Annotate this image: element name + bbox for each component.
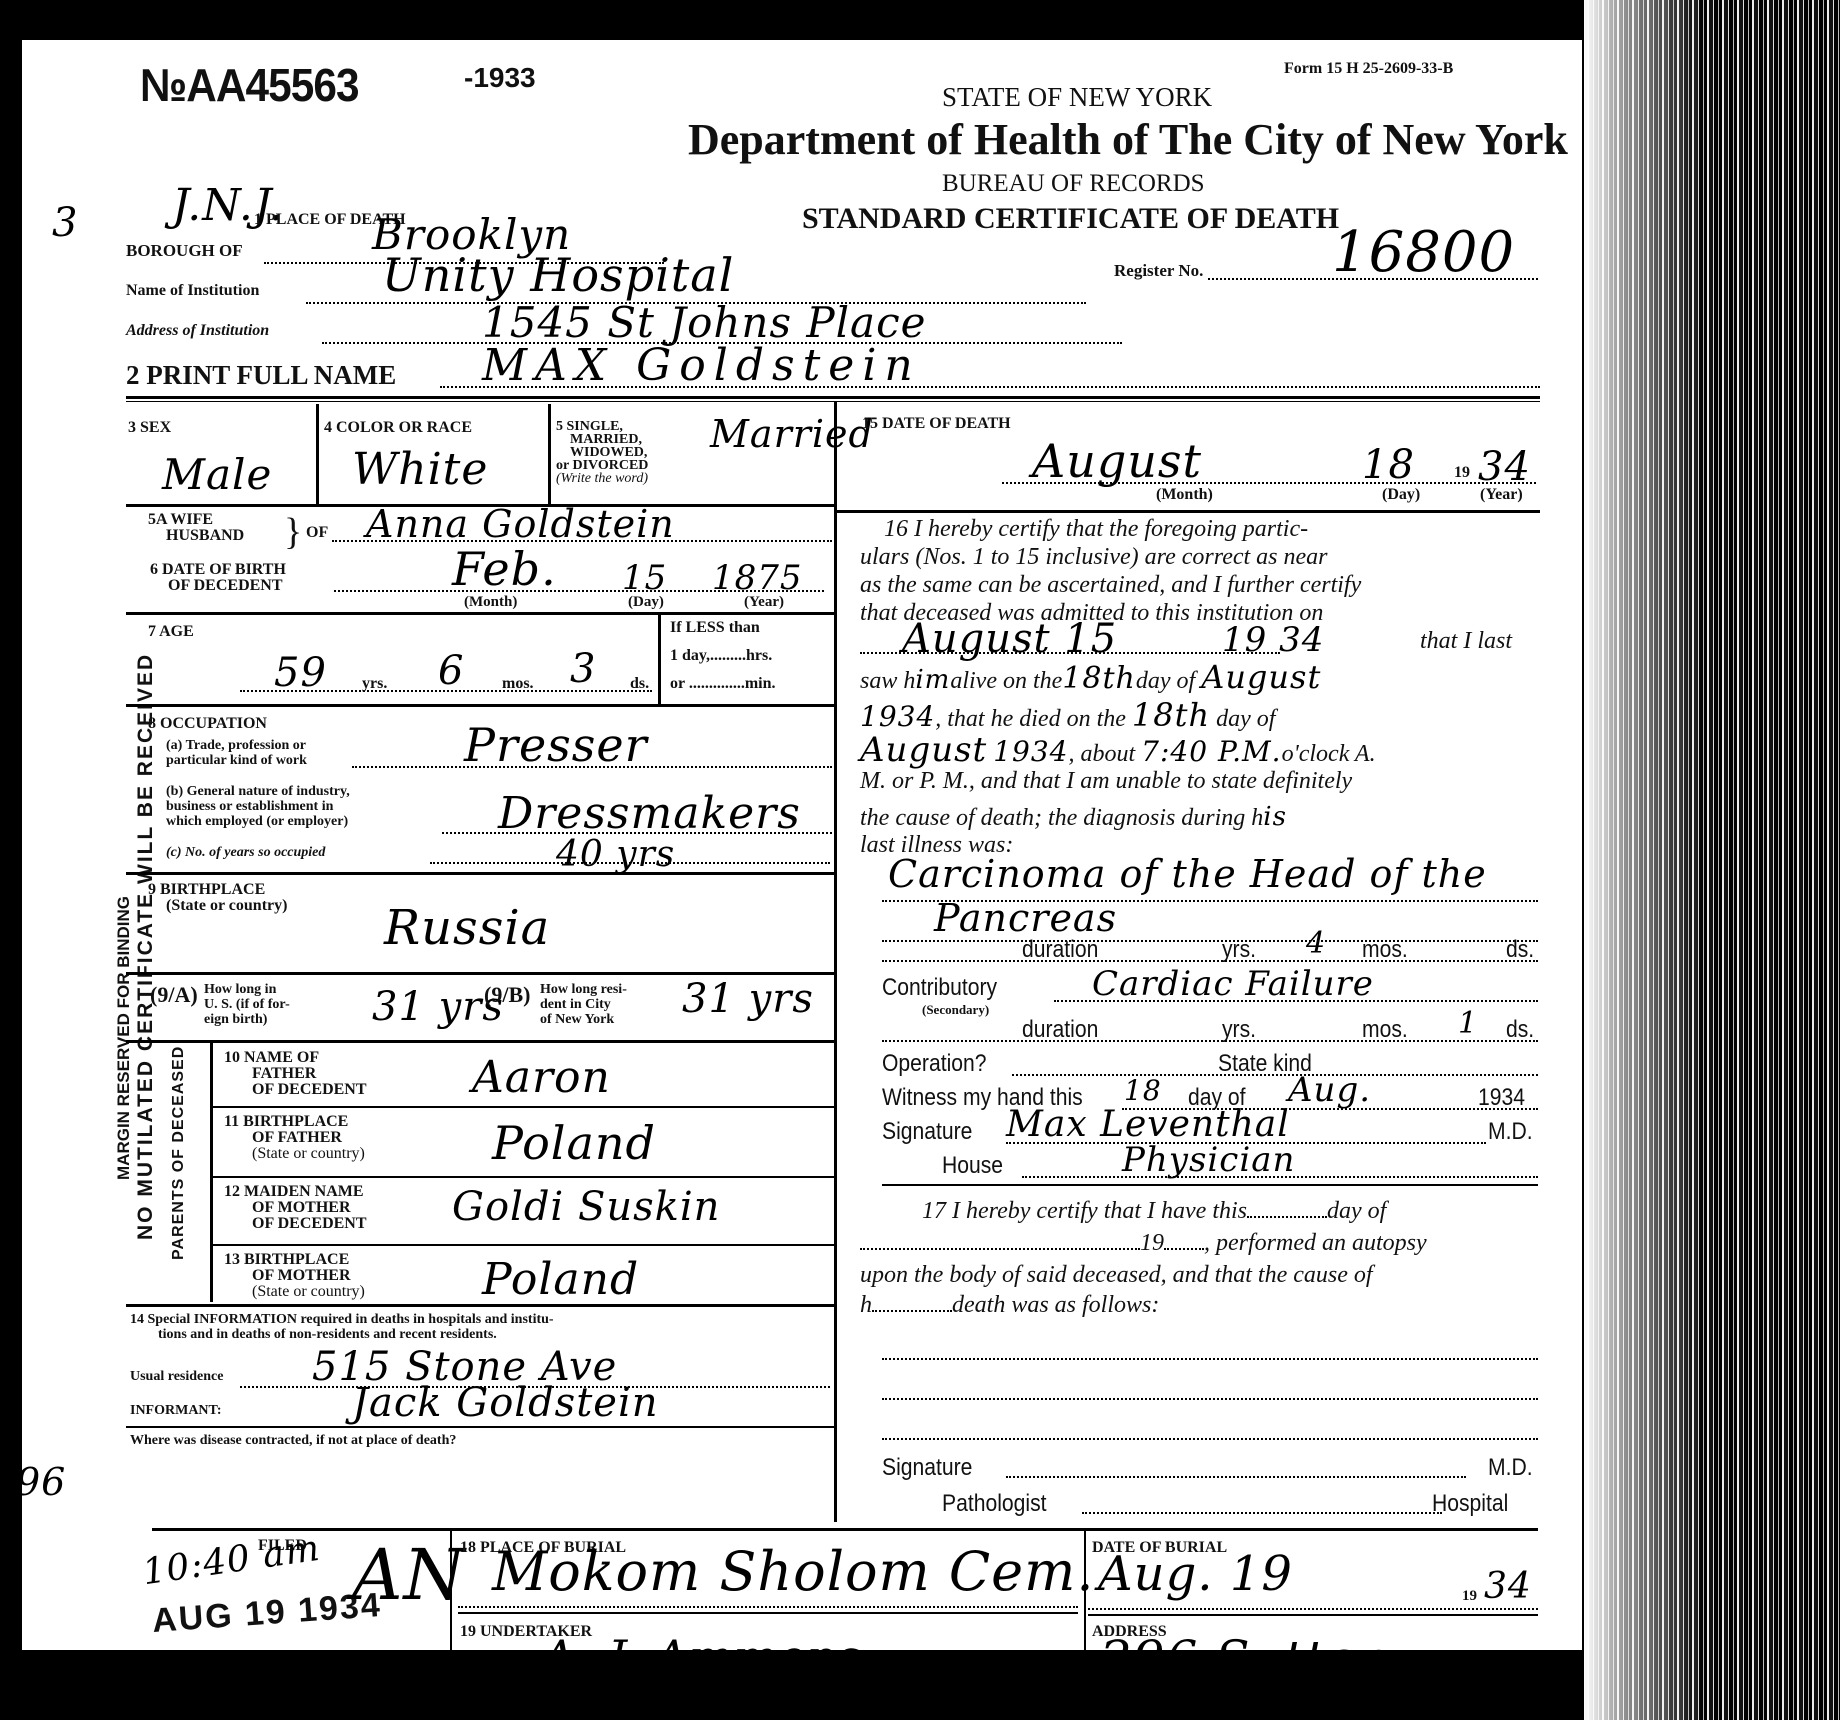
spouse-value: Anna Goldstein bbox=[366, 502, 675, 546]
dob-day: 15 bbox=[622, 558, 667, 598]
special-info-label: 14 Special INFORMATION required in death… bbox=[130, 1312, 554, 1342]
admitted-date: August 15 bbox=[902, 616, 1117, 662]
death-year: 34 bbox=[1478, 444, 1531, 490]
bureau-heading: BUREAU OF RECORDS bbox=[942, 170, 1205, 198]
register-label: Register No. bbox=[1114, 262, 1203, 279]
race-label: 4 COLOR OR RACE bbox=[324, 420, 472, 436]
spouse-label: 5A WIFEHUSBAND bbox=[148, 512, 244, 544]
father-name-value: Aaron bbox=[472, 1052, 611, 1103]
filed-initials: AN bbox=[352, 1534, 466, 1616]
marital-value: Married bbox=[710, 412, 874, 456]
certificate-number: №AA45563 bbox=[140, 58, 359, 112]
occupation-years-value: 40 yrs bbox=[556, 834, 675, 875]
died-month: August bbox=[860, 730, 987, 770]
dob-month: Feb. bbox=[452, 542, 557, 596]
department-heading: Department of Health of The City of New … bbox=[688, 114, 1568, 165]
occupation-industry-value: Dressmakers bbox=[498, 788, 801, 839]
borough-label: BOROUGH OF bbox=[126, 242, 243, 259]
mother-birthplace-label: 13 BIRTHPLACEOF MOTHER(State or country) bbox=[224, 1252, 365, 1300]
death-certificate-page: MARGIN RESERVED FOR BINDING NO MUTILATED… bbox=[22, 40, 1582, 1650]
physician-signature: Max Leventhal bbox=[1006, 1104, 1290, 1145]
burial-address-note2: Av bbox=[1402, 1670, 1439, 1703]
contributory-cause: Cardiac Failure bbox=[1092, 964, 1374, 1004]
years-in-nyc-value: 31 yrs bbox=[682, 976, 814, 1022]
less-than-day-label: If LESS than bbox=[670, 620, 760, 636]
sex-label: 3 SEX bbox=[128, 420, 171, 436]
date-of-death-label: 15 DATE OF DEATH bbox=[862, 416, 1011, 432]
mother-name-label: 12 MAIDEN NAMEOF MOTHEROF DECEDENT bbox=[224, 1184, 367, 1232]
secondary-duration-days: 1 bbox=[1458, 1006, 1478, 1041]
witness-day: 18 bbox=[1124, 1074, 1162, 1107]
certificate-title: STANDARD CERTIFICATE OF DEATH bbox=[802, 202, 1339, 236]
witness-month: Aug. bbox=[1288, 1070, 1371, 1110]
birthplace-value: Russia bbox=[384, 900, 550, 956]
informant-value: Jack Goldstein bbox=[352, 1380, 659, 1426]
filed-time: 10:40 am bbox=[140, 1528, 323, 1593]
mother-name-value: Goldi Suskin bbox=[452, 1184, 720, 1230]
age-label: 7 AGE bbox=[148, 624, 194, 640]
age-years: 59 bbox=[274, 650, 327, 696]
occupation-trade-value: Presser bbox=[464, 718, 648, 772]
filed-date-stamp: AUG 19 1934 bbox=[151, 1586, 383, 1641]
primary-diagnosis-line1: Carcinoma of the Head of the bbox=[888, 852, 1487, 896]
spouse-of-label: OF bbox=[306, 525, 328, 541]
binding-margin-text: MARGIN RESERVED FOR BINDING bbox=[114, 896, 134, 1180]
state-heading: STATE OF NEW YORK bbox=[942, 82, 1212, 113]
death-day: 18 bbox=[1362, 442, 1415, 488]
form-identifier: Form 15 H 25-2609-33-B bbox=[1284, 60, 1453, 78]
occupation-label: 8 OCCUPATION bbox=[148, 716, 267, 732]
burial-place-value: Mokom Sholom Cem. bbox=[492, 1540, 1094, 1603]
primary-duration-months: 4 bbox=[1306, 926, 1326, 961]
last-seen-day: 18th bbox=[1062, 661, 1136, 696]
register-number: 16800 bbox=[1332, 220, 1515, 285]
age-months: 6 bbox=[438, 648, 464, 694]
physician-title: Physician bbox=[1122, 1140, 1295, 1180]
father-birthplace-value: Poland bbox=[492, 1116, 656, 1170]
burial-address-note: 1730 bbox=[1182, 1670, 1262, 1705]
parents-section-label: PARENTS OF DECEASED bbox=[170, 1046, 188, 1260]
marital-label: 5 SINGLE,MARRIED,WIDOWED,or DIVORCED(Wri… bbox=[556, 420, 648, 485]
burial-year: 34 bbox=[1484, 1566, 1532, 1607]
mutilated-warning-text: NO MUTILATED CERTIFICATE WILL BE RECEIVE… bbox=[134, 653, 158, 1240]
age-days: 3 bbox=[570, 646, 596, 692]
time-of-death: 7:40 P.M. bbox=[1141, 735, 1281, 768]
primary-diagnosis-line2: Pancreas bbox=[934, 896, 1117, 940]
institution-label: Name of Institution bbox=[126, 283, 259, 299]
last-seen-month: August bbox=[1201, 658, 1321, 696]
dob-year: 1875 bbox=[712, 558, 803, 598]
father-birthplace-label: 11 BIRTHPLACEOF FATHER(State or country) bbox=[224, 1114, 365, 1162]
institution-value: Unity Hospital bbox=[382, 248, 734, 302]
died-day: 18th bbox=[1132, 696, 1210, 734]
margin-note-bottom: 96 bbox=[16, 1460, 66, 1504]
father-name-label: 10 NAME OFFATHEROF DECEDENT bbox=[224, 1050, 367, 1098]
admitted-year: 19 34 bbox=[1222, 620, 1324, 660]
institution-address-label: Address of Institution bbox=[126, 323, 269, 339]
mother-birthplace-value: Poland bbox=[482, 1254, 639, 1305]
birthplace-label: 9 BIRTHPLACE(State or country) bbox=[148, 882, 287, 914]
dob-label: 6 DATE OF BIRTHOF DECEDENT bbox=[150, 562, 286, 594]
burial-date-value: Aug. 19 bbox=[1098, 1546, 1293, 1602]
race-value: White bbox=[352, 444, 488, 495]
certificate-year: -1933 bbox=[464, 62, 536, 94]
margin-note-left: 3 bbox=[52, 200, 78, 246]
full-name-value: MAX Goldstein bbox=[482, 340, 921, 391]
death-month: August bbox=[1032, 434, 1202, 488]
full-name-label: 2 PRINT FULL NAME bbox=[126, 362, 396, 389]
undertaker-value: A. J. Ammons bbox=[542, 1630, 862, 1684]
sex-value: Male bbox=[162, 450, 272, 499]
